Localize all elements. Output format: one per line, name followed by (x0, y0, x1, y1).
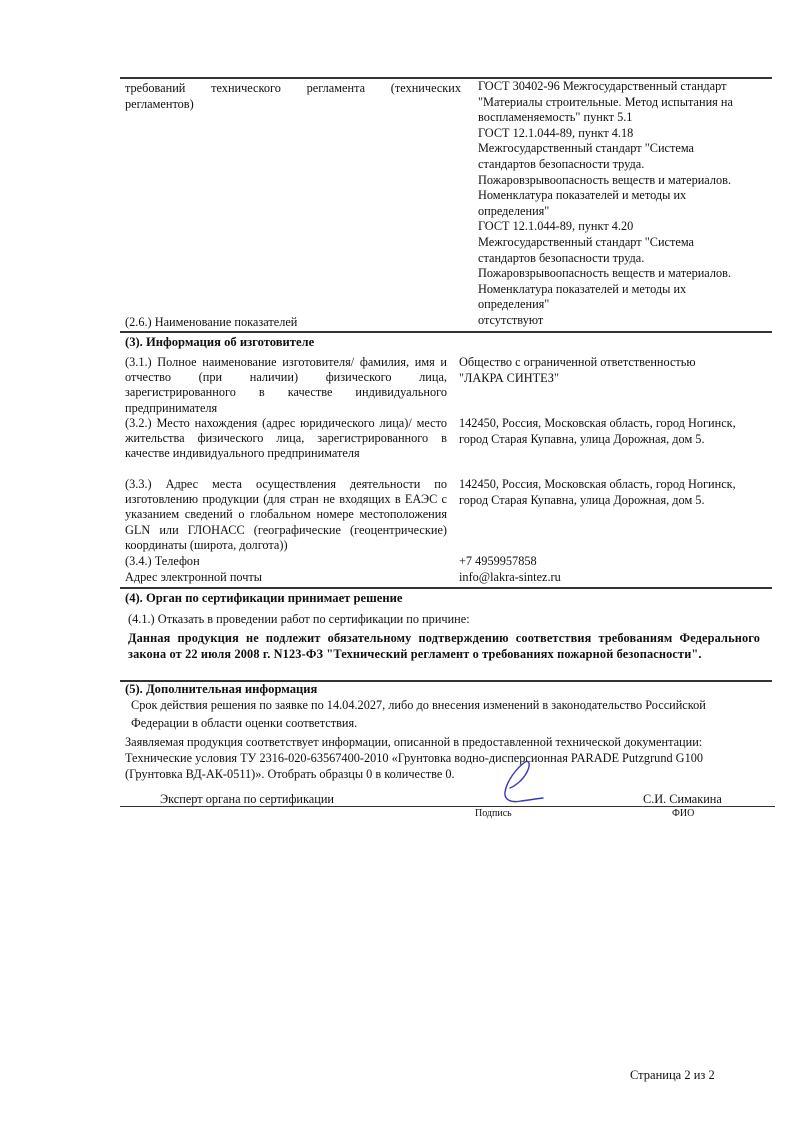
validity-line-1: Срок действия решения по заявке по 14.04… (131, 697, 706, 713)
section-3-title: (3). Информация об изготовителе (125, 335, 314, 350)
certificate-decision-page-2: требований технического регламента (техн… (0, 0, 800, 1131)
page-number: Страница 2 из 2 (630, 1068, 715, 1083)
standard-line: Межгосударственный стандарт "Система (478, 235, 778, 251)
divider-section-4 (120, 587, 772, 589)
standard-line: стандартов безопасности труда. (478, 251, 778, 267)
standard-line: воспламеняемость" пункт 5.1 (478, 110, 778, 126)
product-line-2: Технические условия ТУ 2316-020-63567400… (125, 750, 703, 766)
email-label: Адрес электронной почты (125, 569, 262, 585)
product-line-3: (Грунтовка ВД-АК-0511)». Отобрать образц… (125, 766, 455, 782)
production-address-value: 142450, Россия, Московская область, горо… (459, 477, 759, 508)
signature-line (120, 806, 775, 807)
email-value: info@lakra-sintez.ru (459, 569, 561, 585)
name-caption: ФИО (672, 808, 694, 819)
section-5-title: (5). Дополнительная информация (125, 682, 317, 697)
standards-list: ГОСТ 30402-96 Межгосударственный стандар… (478, 79, 778, 329)
manufacturer-name-value: Общество с ограниченной ответственностью… (459, 355, 739, 386)
standard-line: определения" (478, 204, 778, 220)
phone-value: +7 4959957858 (459, 553, 537, 569)
product-line-1: Заявляемая продукция соответствует инфор… (125, 734, 702, 750)
legal-address-value: 142450, Россия, Московская область, горо… (459, 416, 759, 447)
manufacturer-name-label: (3.1.) Полное наименование изготовителя/… (125, 355, 447, 416)
standard-line: Номенклатура показателей и методы их (478, 188, 778, 204)
refusal-reason: Данная продукция не подлежит обязательно… (128, 631, 760, 662)
requirements-continuation: требований технического регламента (техн… (125, 81, 461, 112)
validity-line-2: Федерации в области оценки соответствия. (131, 715, 357, 731)
phone-label: (3.4.) Телефон (125, 553, 200, 569)
indicators-label: (2.6.) Наименование показателей (125, 314, 297, 330)
standard-line: "Материалы строительные. Метод испытания… (478, 95, 778, 111)
handwritten-signature (495, 758, 555, 808)
standard-line: стандартов безопасности труда. (478, 157, 778, 173)
expert-name: С.И. Симакина (643, 791, 722, 807)
expert-role: Эксперт органа по сертификации (160, 791, 334, 807)
standard-line: Номенклатура показателей и методы их (478, 282, 778, 298)
standard-line: Пожаровзрывоопасность веществ и материал… (478, 173, 778, 189)
indicators-value: отсутствуют (478, 313, 778, 329)
standard-line: определения" (478, 297, 778, 313)
signature-caption: Подпись (475, 808, 512, 819)
standard-line: Межгосударственный стандарт "Система (478, 141, 778, 157)
divider-section-3 (120, 331, 772, 333)
standard-line: ГОСТ 12.1.044-89, пункт 4.18 (478, 126, 778, 142)
standard-line: Пожаровзрывоопасность веществ и материал… (478, 266, 778, 282)
standard-line: ГОСТ 30402-96 Межгосударственный стандар… (478, 79, 778, 95)
refusal-item: (4.1.) Отказать в проведении работ по се… (128, 611, 470, 627)
section-4-title: (4). Орган по сертификации принимает реш… (125, 591, 402, 606)
production-address-label: (3.3.) Адрес места осуществления деятель… (125, 477, 447, 553)
legal-address-label: (3.2.) Место нахождения (адрес юридическ… (125, 416, 447, 462)
standard-line: ГОСТ 12.1.044-89, пункт 4.20 (478, 219, 778, 235)
